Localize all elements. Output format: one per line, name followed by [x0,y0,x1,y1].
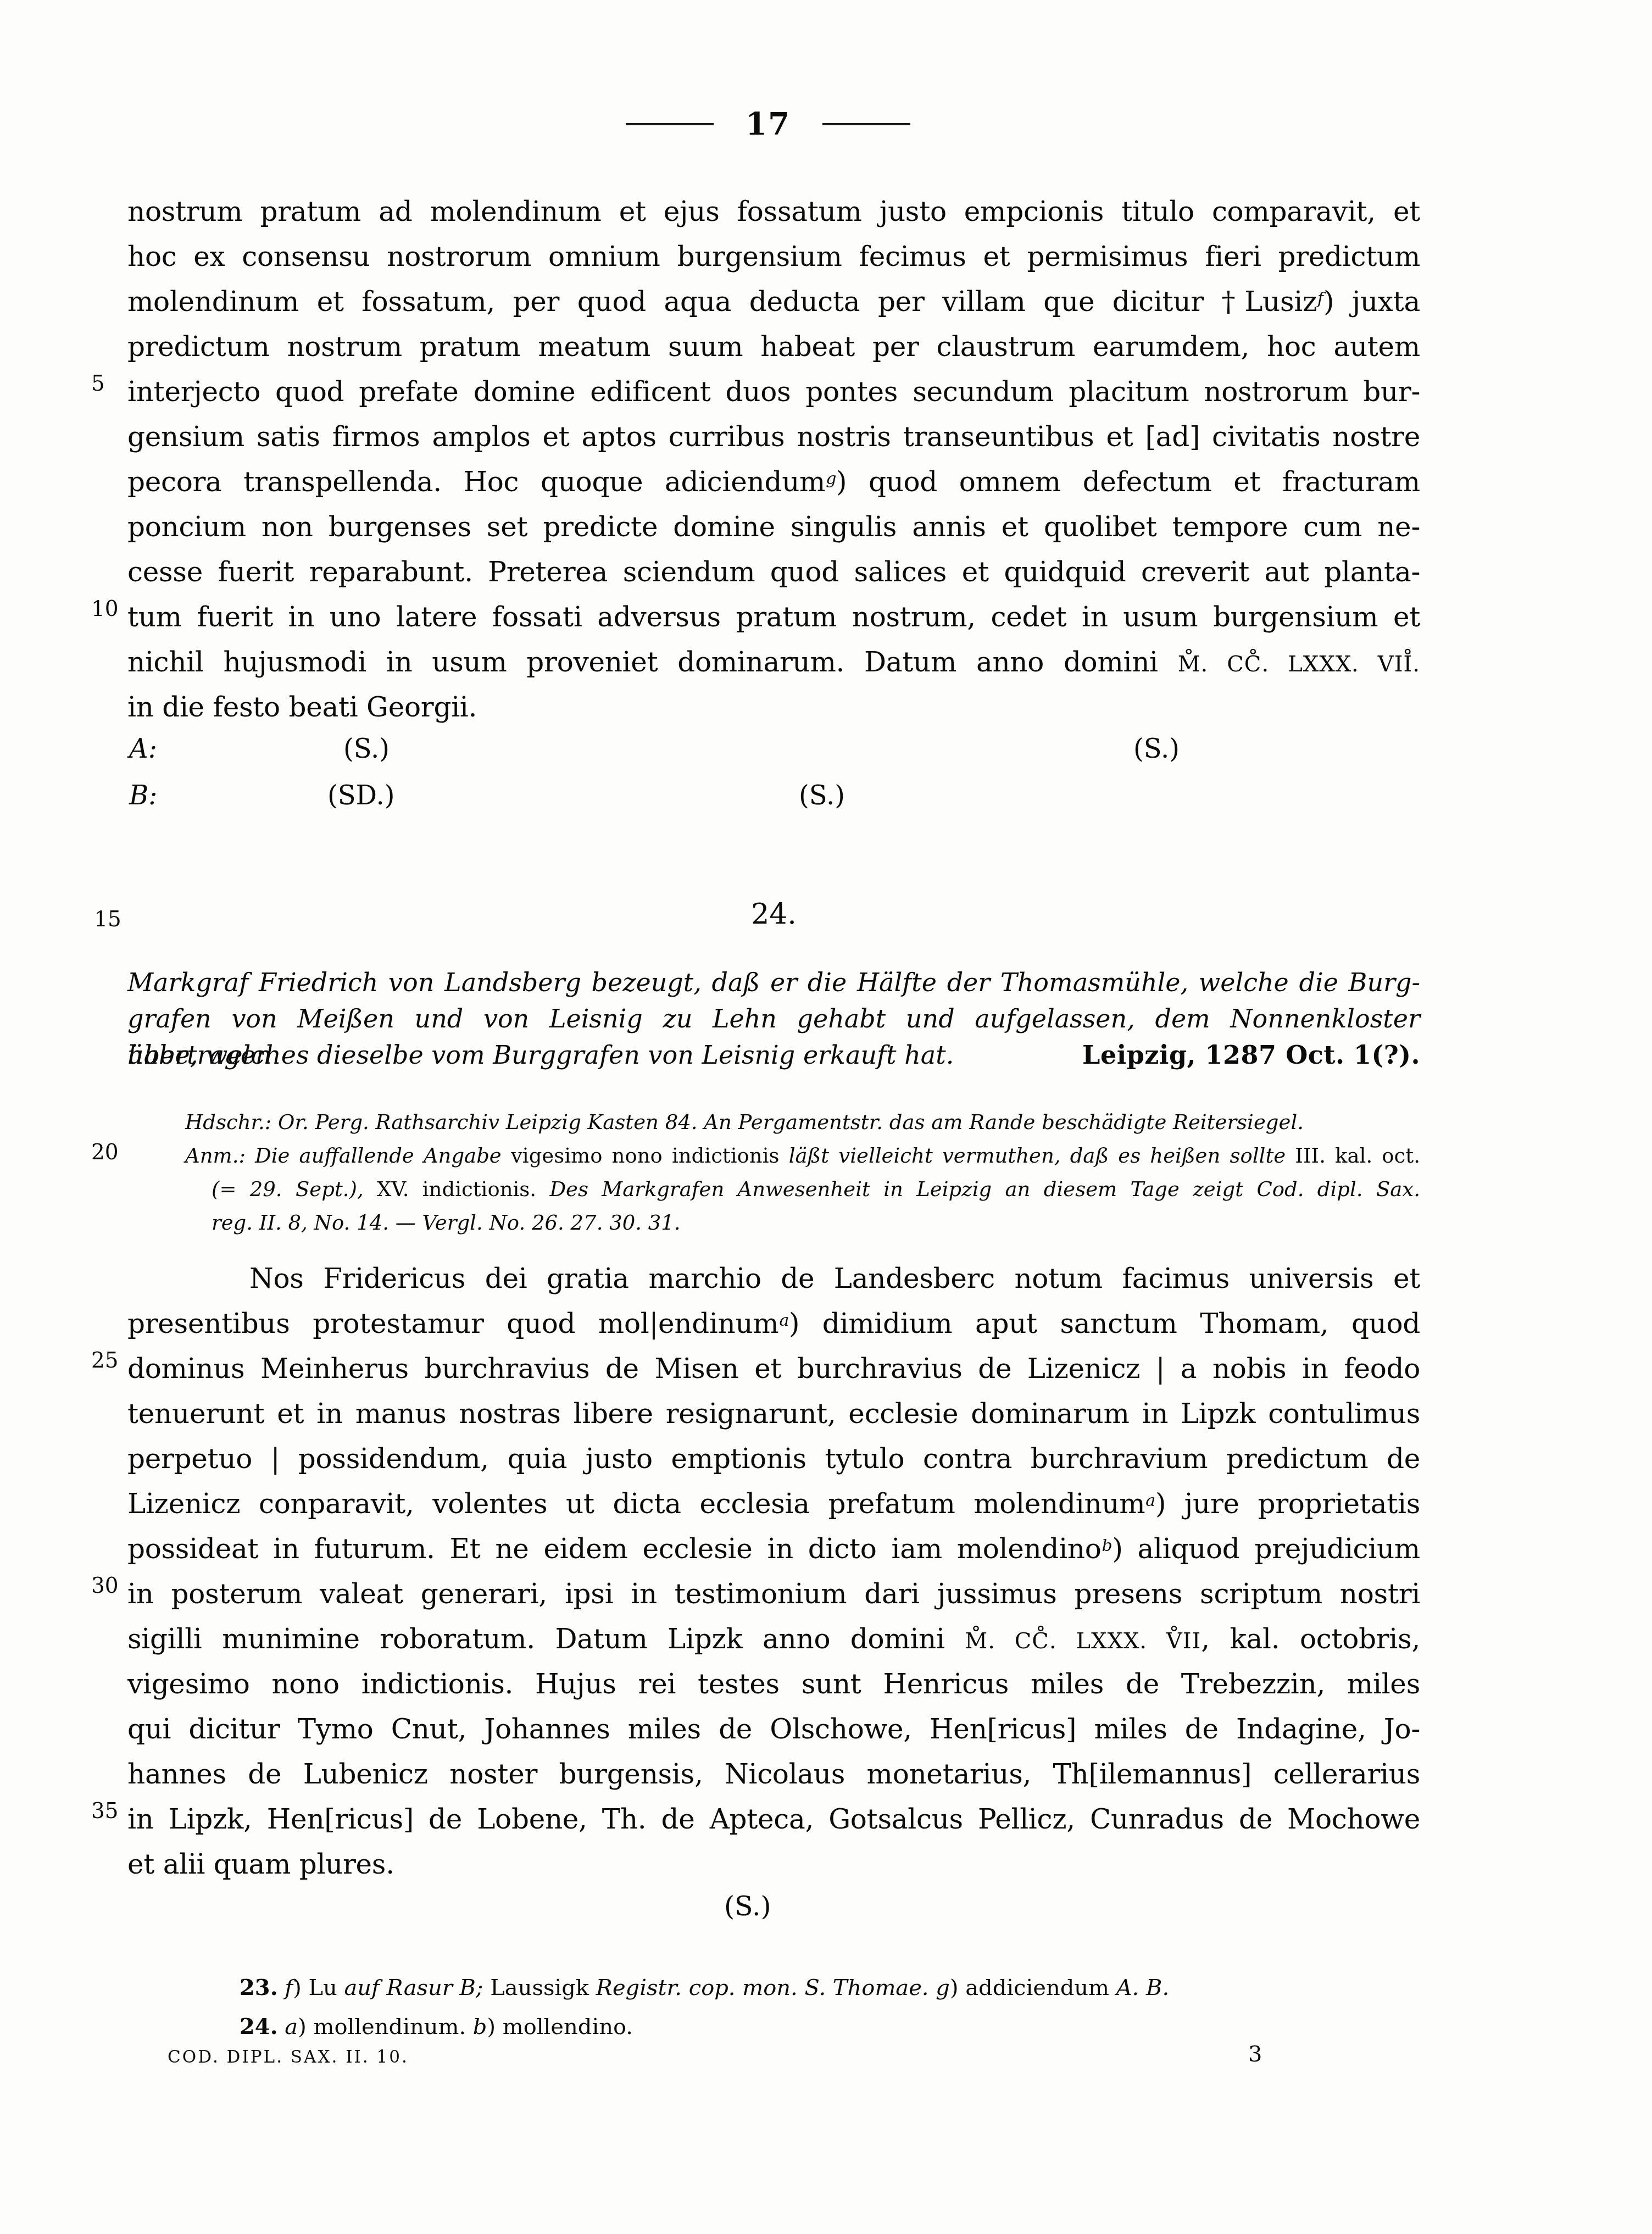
text-line: et alii quam plures. [127,1842,1420,1887]
footnotes-block: 23. f) Lu auf Rasur B; Laussigk Registr.… [240,1968,1448,2046]
text-line: 25dominus Meinherus burchravius de Misen… [127,1346,1420,1391]
apparatus-line: reg. II. 8, No. 14. — Vergl. No. 26. 27.… [185,1206,1420,1240]
margin-line-number: 15 [91,909,124,930]
charter-summary: Markgraf Friedrich von Landsberg bezeugt… [127,964,1420,1073]
sheet-number-footer: 3 [1248,2042,1262,2067]
footnote-line: 24. a) mollendinum. b) mollendino. [240,2007,1448,2046]
line-text: Anm.: Die auffallende Angabe vigesimo no… [185,1144,1420,1168]
text-line: vigesimo nono indictionis. Hujus rei tes… [127,1661,1420,1707]
summary-line: habe, welches dieselbe vom Burggrafen vo… [127,1037,1420,1073]
page-number-header: 17 [746,108,791,141]
summary-last-text: habe, welches dieselbe vom Burggrafen vo… [127,1037,954,1073]
header-rule-right [822,123,910,125]
witness-label-b: B: [129,773,157,818]
charter-date: Leipzig, 1287 Oct. 1(?). [1082,1037,1420,1073]
text-line: possideat in futurum. Et ne eidem eccles… [127,1526,1420,1571]
margin-line-number: 30 [91,1575,124,1597]
seal-row-b: B: (SD.) (S.) [127,773,1420,818]
margin-line-number: 25 [91,1350,124,1371]
apparatus-line: 20Anm.: Die auffallende Angabe vigesimo … [185,1139,1420,1172]
summary-line: grafen von Meißen und von Leisnig zu Leh… [127,1001,1420,1037]
text-line: Nos Fridericus dei gratia marchio de Lan… [127,1256,1420,1301]
text-line: 30in posterum valeat generari, ipsi in t… [127,1571,1420,1616]
text-line: cesse fuerit reparabunt. Preterea sciend… [127,549,1420,594]
text-line: qui dicitur Tymo Cnut, Johannes miles de… [127,1707,1420,1752]
text-line: presentibus protestamur quod mol|endinum… [127,1301,1420,1346]
text-line: 10tum fuerit in uno latere fossati adver… [127,594,1420,640]
doc24-text-block: Nos Fridericus dei gratia marchio de Lan… [127,1256,1420,1887]
doc23-text-block: nostrum pratum ad molendinum et ejus fos… [127,189,1420,730]
header-rule-left [626,123,714,125]
seal-mark: (SD.) [327,773,394,818]
margin-line-number: 5 [91,373,124,394]
line-text: et alii quam plures. [127,1848,394,1880]
line-text: vigesimo nono indictionis. Hujus rei tes… [127,1668,1420,1700]
text-line: molendinum et fossatum, per quod aqua de… [127,279,1420,324]
margin-line-number: 35 [91,1800,124,1822]
summary-line: Markgraf Friedrich von Landsberg bezeugt… [127,964,1420,1001]
seal-mark: (S.) [343,726,390,771]
apparatus-notes: Hdschr.: Or. Perg. Rathsarchiv Leipzig K… [185,1105,1420,1240]
text-line: predictum nostrum pratum meatum suum hab… [127,324,1420,369]
text-line: hannes de Lubenicz noster burgensis, Nic… [127,1752,1420,1797]
line-text: dominus Meinherus burchravius de Misen e… [127,1353,1420,1385]
text-line: gensium satis firmos amplos et aptos cur… [127,414,1420,459]
line-text: hoc ex consensu nostrorum omnium burgens… [127,241,1420,273]
text-line: nostrum pratum ad molendinum et ejus fos… [127,189,1420,234]
text-line: in die festo beati Georgii. [127,685,1420,730]
text-line: nichil hujusmodi in usum proveniet domin… [127,640,1420,685]
page-header: 17 [99,108,1437,141]
witness-label-a: A: [129,726,157,771]
volume-signature: COD. DIPL. SAX. II. 10. [168,2047,409,2067]
line-text: in posterum valeat generari, ipsi in tes… [127,1578,1420,1610]
apparatus-line: Hdschr.: Or. Perg. Rathsarchiv Leipzig K… [185,1105,1420,1139]
seal-row-a: A: (S.) (S.) [127,726,1420,771]
line-text: sigilli munimine roboratum. Datum Lipzk … [127,1623,1420,1655]
line-text: gensium satis firmos amplos et aptos cur… [127,421,1420,453]
text-line: sigilli munimine roboratum. Datum Lipzk … [127,1616,1420,1661]
line-text: Lizenicz conparavit, volentes ut dicta e… [127,1488,1420,1520]
seal-mark: (S.) [724,1890,771,1923]
text-line: poncium non burgenses set predicte domin… [127,504,1420,549]
text-line: hoc ex consensu nostrorum omnium burgens… [127,234,1420,279]
text-line: 5interjecto quod prefate domine edificen… [127,369,1420,414]
line-text: presentibus protestamur quod mol|endinum… [127,1308,1420,1340]
text-line: pecora transpellenda. Hoc quoque adicien… [127,459,1420,504]
line-text: nostrum pratum ad molendinum et ejus fos… [127,196,1420,227]
text-line: Lizenicz conparavit, volentes ut dicta e… [127,1481,1420,1526]
footnote-line: 23. f) Lu auf Rasur B; Laussigk Registr.… [240,1968,1448,2007]
line-text: possideat in futurum. Et ne eidem eccles… [127,1533,1420,1565]
margin-line-number: 20 [91,1142,124,1163]
line-text: nichil hujusmodi in usum proveniet domin… [127,646,1420,678]
line-text: poncium non burgenses set predicte domin… [127,511,1420,543]
line-text: molendinum et fossatum, per quod aqua de… [127,286,1420,318]
line-text: pecora transpellenda. Hoc quoque adicien… [127,466,1420,498]
line-text: perpetuo | possidendum, quia justo empti… [127,1443,1420,1475]
line-text: predictum nostrum pratum meatum suum hab… [127,331,1420,363]
scanned-document-page: 17 nostrum pratum ad molendinum et ejus … [0,0,1652,2234]
line-text: interjecto quod prefate domine edificent… [127,376,1420,408]
line-text: tenuerunt et in manus nostras libere res… [127,1398,1420,1430]
section-number: 24. [751,898,797,931]
section-heading: 15 24. [127,894,1420,934]
line-text: cesse fuerit reparabunt. Preterea sciend… [127,556,1420,588]
line-text: qui dicitur Tymo Cnut, Johannes miles de… [127,1713,1420,1745]
seal-mark: (S.) [1133,726,1180,771]
text-line: 35in Lipzk, Hen[ricus] de Lobene, Th. de… [127,1797,1420,1842]
line-text: in die festo beati Georgii. [127,691,477,723]
line-text: tum fuerit in uno latere fossati adversu… [127,601,1420,633]
text-line: perpetuo | possidendum, quia justo empti… [127,1436,1420,1481]
line-text: Nos Fridericus dei gratia marchio de Lan… [249,1263,1420,1294]
margin-line-number: 10 [91,598,124,620]
line-text: in Lipzk, Hen[ricus] de Lobene, Th. de A… [127,1803,1420,1835]
apparatus-line: (= 29. Sept.), XV. indictionis. Des Mark… [185,1172,1420,1206]
text-line: tenuerunt et in manus nostras libere res… [127,1391,1420,1436]
line-text: hannes de Lubenicz noster burgensis, Nic… [127,1758,1420,1790]
seal-mark: (S.) [799,773,845,818]
